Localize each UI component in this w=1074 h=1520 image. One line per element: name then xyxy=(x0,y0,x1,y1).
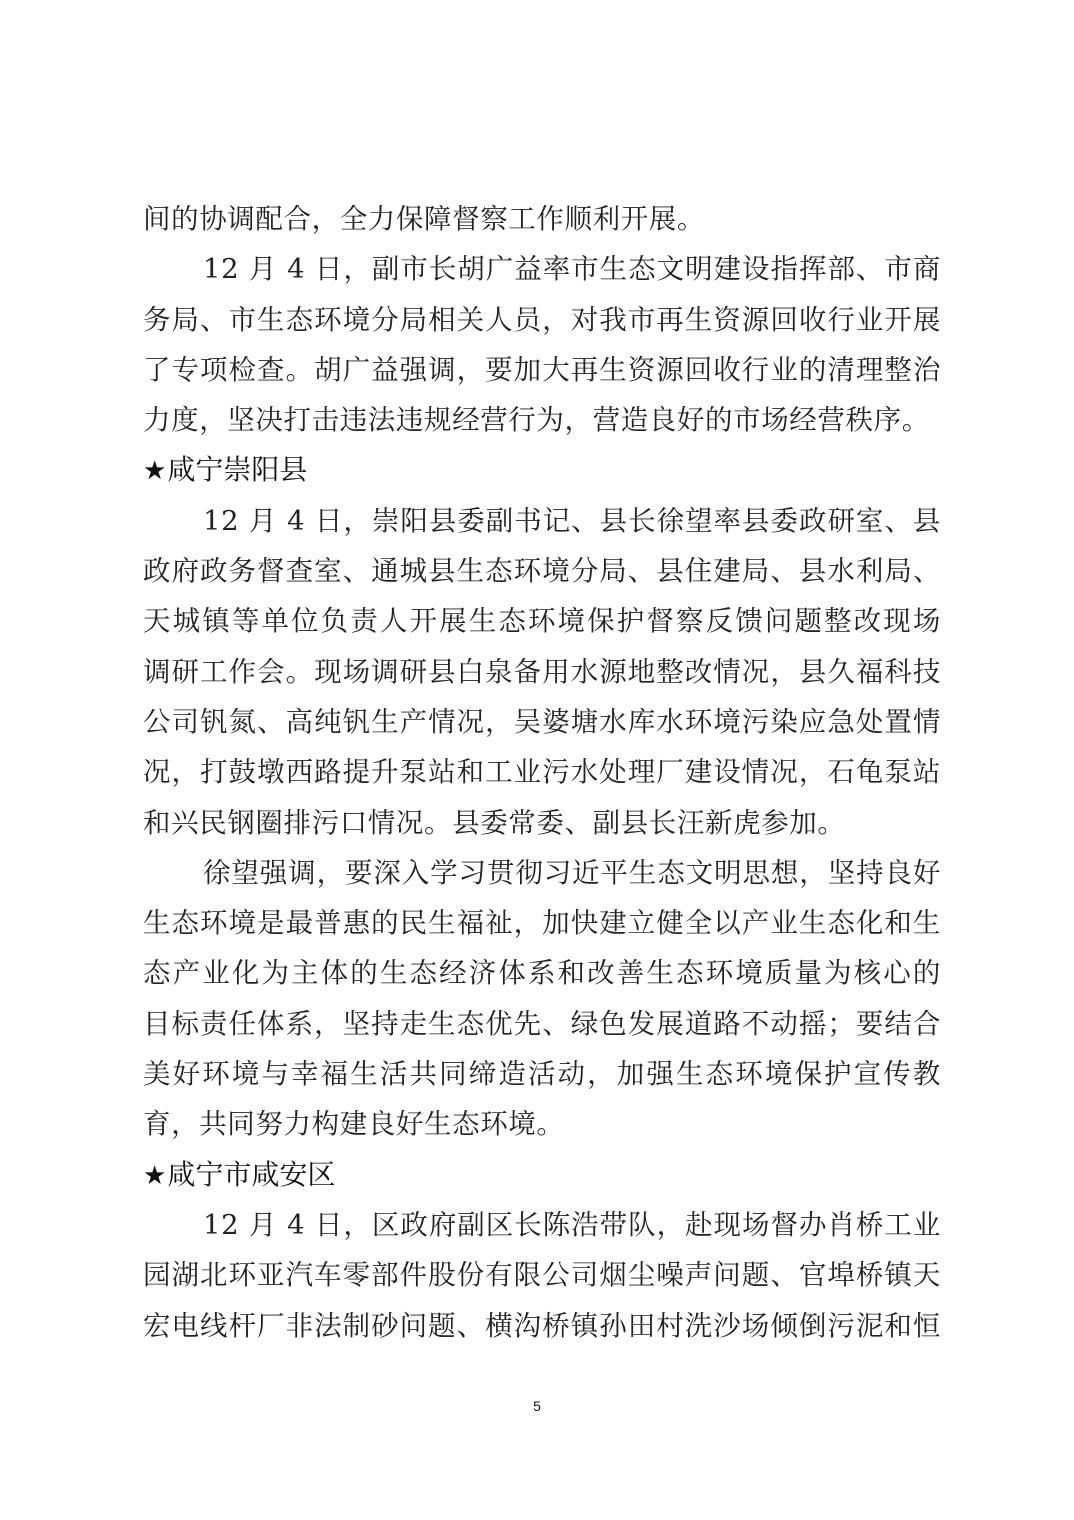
text-line: 美好环境与幸福生活共同缔造活动，加强生态环境保护宣传教 xyxy=(143,1049,941,1099)
paragraph: 12 月 4 日，区政府副区长陈浩带队，赴现场督办肖桥工业园湖北环亚汽车零部件股… xyxy=(143,1200,941,1351)
text-line: 间的协调配合，全力保障督察工作顺利开展。 xyxy=(143,194,941,244)
text-line: 天城镇等单位负责人开展生态环境保护督察反馈问题整改现场 xyxy=(143,596,941,646)
text-line: 和兴民钢圈排污口情况。县委常委、副县长汪新虎参加。 xyxy=(143,798,941,848)
section-heading-text: 咸宁崇阳县 xyxy=(167,453,307,486)
text-line: 力度，坚决打击违法违规经营行为，营造良好的市场经营秩序。 xyxy=(143,395,941,445)
text-line: 园湖北环亚汽车零部件股份有限公司烟尘噪声问题、官埠桥镇天 xyxy=(143,1250,941,1300)
document-page: 间的协调配合，全力保障督察工作顺利开展。12 月 4 日，副市长胡广益率市生态文… xyxy=(0,0,1074,1520)
section-heading: ★咸宁市咸安区 xyxy=(143,1150,941,1200)
text-line: 12 月 4 日，崇阳县委副书记、县长徐望率县委政研室、县 xyxy=(143,496,941,546)
text-line: 态产业化为主体的生态经济体系和改善生态环境质量为核心的 xyxy=(143,948,941,998)
text-line: 务局、市生态环境分局相关人员，对我市再生资源回收行业开展 xyxy=(143,295,941,345)
text-line: 公司钒氮、高纯钒生产情况，吴婆塘水库水环境污染应急处置情 xyxy=(143,697,941,747)
text-line: 了专项检查。胡广益强调，要加大再生资源回收行业的清理整治 xyxy=(143,345,941,395)
section-heading-text: 咸宁市咸安区 xyxy=(167,1158,335,1191)
text-line: 目标责任体系，坚持走生态优先、绿色发展道路不动摇；要结合 xyxy=(143,999,941,1049)
page-number: 5 xyxy=(0,1398,1074,1414)
text-line: 徐望强调，要深入学习贯彻习近平生态文明思想，坚持良好 xyxy=(143,848,941,898)
star-icon: ★ xyxy=(143,456,166,486)
text-line: 政府政务督查室、通城县生态环境分局、县住建局、县水利局、 xyxy=(143,546,941,596)
text-line: 况，打鼓墩西路提升泵站和工业污水处理厂建设情况，石龟泵站 xyxy=(143,747,941,797)
text-line: 调研工作会。现场调研县白泉备用水源地整改情况，县久福科技 xyxy=(143,647,941,697)
paragraph: 12 月 4 日，副市长胡广益率市生态文明建设指挥部、市商务局、市生态环境分局相… xyxy=(143,244,941,445)
text-line: 宏电线杆厂非法制砂问题、横沟桥镇孙田村洗沙场倾倒污泥和恒 xyxy=(143,1301,941,1351)
text-line: 生态环境是最普惠的民生福祉，加快建立健全以产业生态化和生 xyxy=(143,898,941,948)
paragraph: 间的协调配合，全力保障督察工作顺利开展。 xyxy=(143,194,941,244)
paragraph: 徐望强调，要深入学习贯彻习近平生态文明思想，坚持良好生态环境是最普惠的民生福祉，… xyxy=(143,848,941,1150)
paragraph: 12 月 4 日，崇阳县委副书记、县长徐望率县委政研室、县政府政务督查室、通城县… xyxy=(143,496,941,848)
text-line: 12 月 4 日，区政府副区长陈浩带队，赴现场督办肖桥工业 xyxy=(143,1200,941,1250)
star-icon: ★ xyxy=(143,1161,166,1191)
text-line: 育，共同努力构建良好生态环境。 xyxy=(143,1099,941,1149)
section-heading: ★咸宁崇阳县 xyxy=(143,445,941,495)
document-body: 间的协调配合，全力保障督察工作顺利开展。12 月 4 日，副市长胡广益率市生态文… xyxy=(143,194,941,1351)
text-line: 12 月 4 日，副市长胡广益率市生态文明建设指挥部、市商 xyxy=(143,244,941,294)
